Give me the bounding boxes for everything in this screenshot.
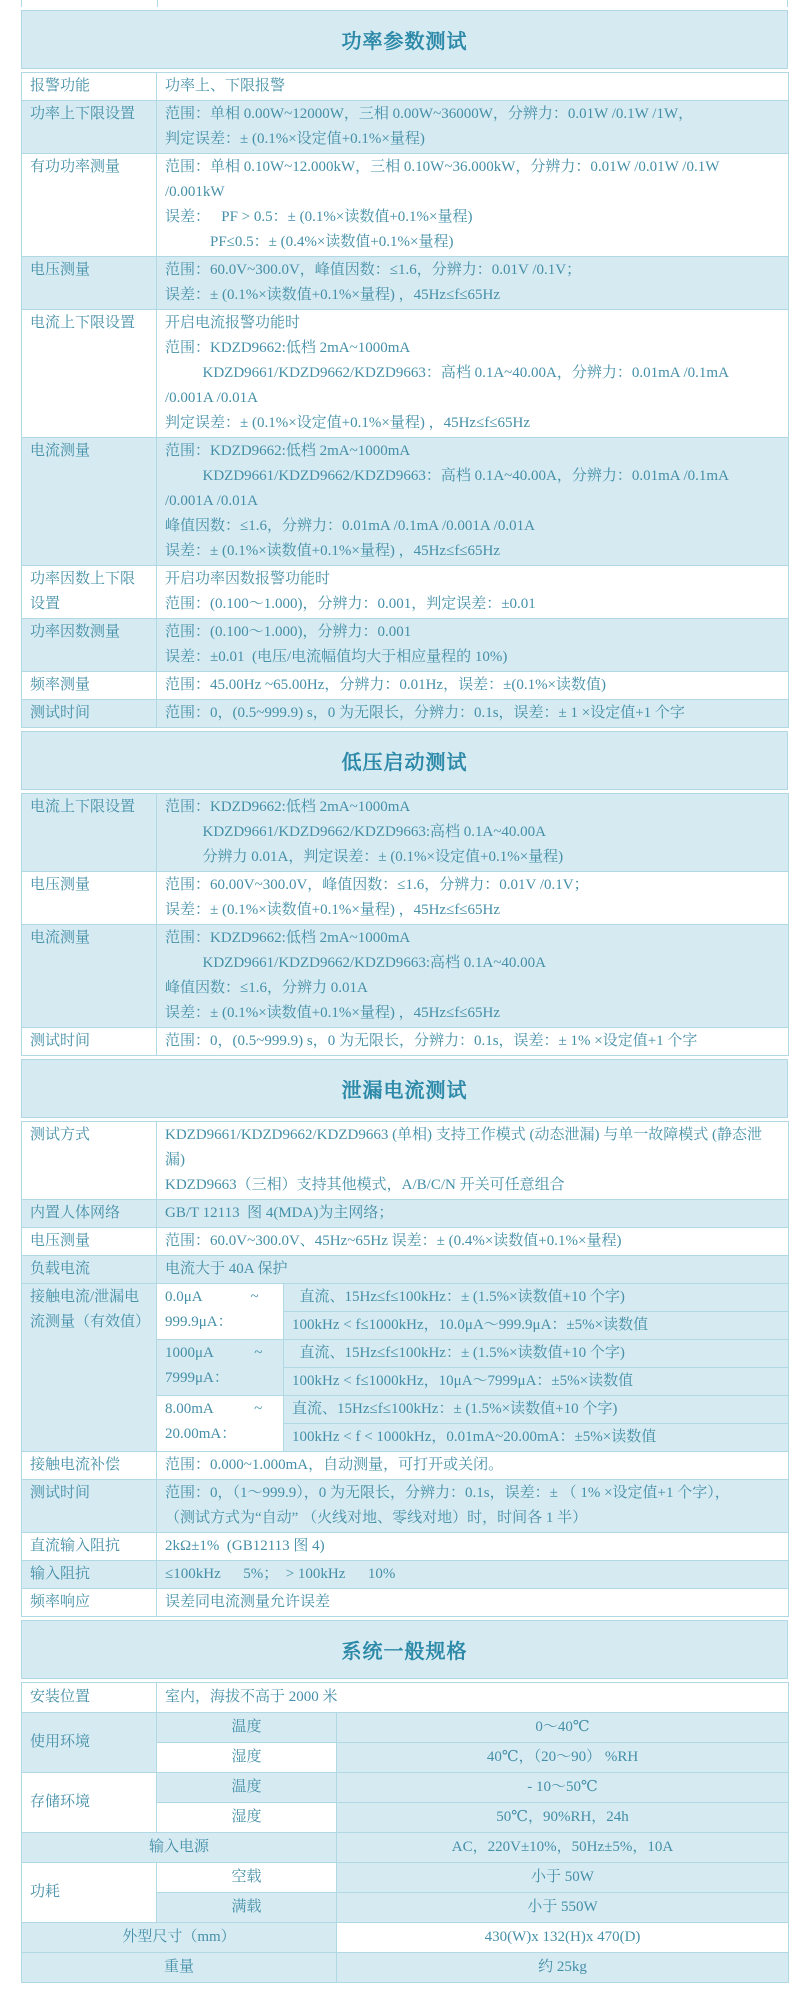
grid-cell: 小于 550W bbox=[337, 1893, 789, 1923]
row-value: 范围：(0.100～1.000)，分辨力：0.001 误差：±0.01 (电压/… bbox=[157, 619, 789, 672]
table-row: 存储环境温度- 10～50℃ bbox=[22, 1773, 789, 1803]
row-value: 范围：60.0V~300.0V，峰值因数：≤1.6，分辨力：0.01V /0.1… bbox=[157, 257, 789, 310]
range-cell: 8.00mA ~ 20.00mA： bbox=[157, 1396, 284, 1452]
table-row: 频率响应误差同电流测量允许误差 bbox=[22, 1589, 789, 1617]
entry-cell: 直流、15Hz≤f≤100kHz：± (1.5%×读数值+10 个字) bbox=[284, 1396, 789, 1424]
entry-cell: 100kHz < f < 1000kHz，0.01mA~20.00mA：±5%×… bbox=[284, 1424, 789, 1452]
table-row: 安装位置室内，海拔不高于 2000 米 bbox=[22, 1683, 789, 1713]
row-value: 范围：单相 0.00W~12000W，三相 0.00W~36000W，分辨力：0… bbox=[157, 101, 789, 154]
grid-cell: 约 25kg bbox=[337, 1953, 789, 1983]
row-value: 范围：0.000~1.000mA，自动测量，可打开或关闭。 bbox=[157, 1452, 789, 1480]
row-label: 电压测量 bbox=[22, 257, 157, 310]
entry-cell: 直流、15Hz≤f≤100kHz：± (1.5%×读数值+10 个字) bbox=[284, 1340, 789, 1368]
spec-document: 功率参数测试报警功能功率上、下限报警功率上下限设置范围：单相 0.00W~120… bbox=[21, 0, 788, 1983]
row-label: 接触电流补偿 bbox=[22, 1452, 157, 1480]
table-row: 有功功率测量范围：单相 0.10W~12.000kW，三相 0.10W~36.0… bbox=[22, 154, 789, 257]
table-row: 电流测量范围：KDZD9662:低档 2mA~1000mA KDZD9661/K… bbox=[22, 438, 789, 566]
row-value: 范围：0，(0.5~999.9) s，0 为无限长，分辨力：0.1s，误差：± … bbox=[157, 700, 789, 728]
grid-cell: 430(W)x 132(H)x 470(D) bbox=[337, 1923, 789, 1953]
grid-cell: - 10～50℃ bbox=[337, 1773, 789, 1803]
grid-cell: 温度 bbox=[157, 1713, 337, 1743]
row-value: 范围：0，（1～999.9），0 为无限长，分辨力：0.1s，误差：± （ 1%… bbox=[157, 1480, 789, 1533]
row-label: 测试方式 bbox=[22, 1122, 157, 1200]
row-label: 电流上下限设置 bbox=[22, 794, 157, 872]
row-label: 负载电流 bbox=[22, 1256, 157, 1284]
entry-cell: 直流、15Hz≤f≤100kHz：± (1.5%×读数值+10 个字) bbox=[284, 1284, 789, 1312]
table-row: 功率上下限设置范围：单相 0.00W~12000W，三相 0.00W~36000… bbox=[22, 101, 789, 154]
row-label: 报警功能 bbox=[22, 73, 157, 101]
table-row: 电流测量范围：KDZD9662:低档 2mA~1000mA KDZD9661/K… bbox=[22, 925, 789, 1028]
row-label: 电流测量 bbox=[22, 925, 157, 1028]
row-label: 功率因数上下限设置 bbox=[22, 566, 157, 619]
section-title: 泄漏电流测试 bbox=[21, 1059, 788, 1118]
grid-cell: 湿度 bbox=[157, 1743, 337, 1773]
table-row: 频率测量范围：45.00Hz ~65.00Hz，分辨力：0.01Hz，误差：±(… bbox=[22, 672, 789, 700]
grid-cell: 输入电源 bbox=[22, 1833, 337, 1863]
table-row: 直流输入阻抗2kΩ±1% (GB12113 图 4) bbox=[22, 1533, 789, 1561]
spec-table: 电流上下限设置范围：KDZD9662:低档 2mA~1000mA KDZD966… bbox=[21, 793, 789, 1056]
table-row: 内置人体网络GB/T 12113 图 4(MDA)为主网络； bbox=[22, 1200, 789, 1228]
section-title: 低压启动测试 bbox=[21, 731, 788, 790]
table-row: 电压测量范围：60.0V~300.0V，峰值因数：≤1.6，分辨力：0.01V … bbox=[22, 257, 789, 310]
row-value: 范围：KDZD9662:低档 2mA~1000mA KDZD9661/KDZD9… bbox=[157, 438, 789, 566]
table-row: 输入电源AC，220V±10%，50Hz±5%，10A bbox=[22, 1833, 789, 1863]
row-value: 2kΩ±1% (GB12113 图 4) bbox=[157, 1533, 789, 1561]
spec-table: 测试方式KDZD9661/KDZD9662/KDZD9663 (单相) 支持工作… bbox=[21, 1121, 789, 1617]
grid-cell: 室内，海拔不高于 2000 米 bbox=[157, 1683, 789, 1713]
cropped-previous-row bbox=[21, 0, 788, 7]
row-label: 接触电流/泄漏电流测量（有效值） bbox=[22, 1284, 157, 1452]
spec-table: 安装位置室内，海拔不高于 2000 米使用环境温度0～40℃湿度40℃，（20～… bbox=[21, 1682, 789, 1983]
row-label: 测试时间 bbox=[22, 1028, 157, 1056]
section-title: 功率参数测试 bbox=[21, 10, 788, 69]
grid-cell: 40℃，（20～90） %RH bbox=[337, 1743, 789, 1773]
range-cell: 1000μA ~ 7999μA： bbox=[157, 1340, 284, 1396]
table-row: 电流上下限设置开启电流报警功能时 范围：KDZD9662:低档 2mA~1000… bbox=[22, 310, 789, 438]
row-label: 电压测量 bbox=[22, 1228, 157, 1256]
table-row: 功率因数测量范围：(0.100～1.000)，分辨力：0.001 误差：±0.0… bbox=[22, 619, 789, 672]
range-cell: 0.0μA ~ 999.9μA： bbox=[157, 1284, 284, 1340]
row-label: 直流输入阻抗 bbox=[22, 1533, 157, 1561]
table-row: 电流上下限设置范围：KDZD9662:低档 2mA~1000mA KDZD966… bbox=[22, 794, 789, 872]
row-value: 范围：单相 0.10W~12.000kW，三相 0.10W~36.000kW，分… bbox=[157, 154, 789, 257]
table-row: 功率因数上下限设置开启功率因数报警功能时 范围：(0.100～1.000)，分辨… bbox=[22, 566, 789, 619]
table-row: 测试时间范围：0，(0.5~999.9) s，0 为无限长，分辨力：0.1s，误… bbox=[22, 1028, 789, 1056]
row-value: 范围：60.00V~300.0V，峰值因数：≤1.6，分辨力：0.01V /0.… bbox=[157, 872, 789, 925]
grid-cell: 0～40℃ bbox=[337, 1713, 789, 1743]
grid-cell: 空载 bbox=[157, 1863, 337, 1893]
row-value: 开启功率因数报警功能时 范围：(0.100～1.000)，分辨力：0.001，判… bbox=[157, 566, 789, 619]
row-value: ≤100kHz 5%； > 100kHz 10% bbox=[157, 1561, 789, 1589]
row-label: 功率因数测量 bbox=[22, 619, 157, 672]
table-row: 使用环境温度0～40℃ bbox=[22, 1713, 789, 1743]
table-row: 测试方式KDZD9661/KDZD9662/KDZD9663 (单相) 支持工作… bbox=[22, 1122, 789, 1200]
row-label: 测试时间 bbox=[22, 1480, 157, 1533]
table-row: 重量约 25kg bbox=[22, 1953, 789, 1983]
grid-cell: 存储环境 bbox=[22, 1773, 157, 1833]
entry-cell: 100kHz < f≤1000kHz，10.0μA～999.9μA：±5%×读数… bbox=[284, 1312, 789, 1340]
row-value: 范围：60.0V~300.0V、45Hz~65Hz 误差：± (0.4%×读数值… bbox=[157, 1228, 789, 1256]
row-label: 内置人体网络 bbox=[22, 1200, 157, 1228]
row-label: 频率测量 bbox=[22, 672, 157, 700]
row-label: 测试时间 bbox=[22, 700, 157, 728]
table-row: 接触电流补偿范围：0.000~1.000mA，自动测量，可打开或关闭。 bbox=[22, 1452, 789, 1480]
grid-cell: 使用环境 bbox=[22, 1713, 157, 1773]
grid-cell: 温度 bbox=[157, 1773, 337, 1803]
row-value: 范围：KDZD9662:低档 2mA~1000mA KDZD9661/KDZD9… bbox=[157, 794, 789, 872]
grid-cell: 功耗 bbox=[22, 1863, 157, 1923]
table-row: 负载电流电流大于 40A 保护 bbox=[22, 1256, 789, 1284]
grid-cell: AC，220V±10%，50Hz±5%，10A bbox=[337, 1833, 789, 1863]
row-label: 功率上下限设置 bbox=[22, 101, 157, 154]
table-row: 输入阻抗≤100kHz 5%； > 100kHz 10% bbox=[22, 1561, 789, 1589]
table-row: 测试时间范围：0，(0.5~999.9) s，0 为无限长，分辨力：0.1s，误… bbox=[22, 700, 789, 728]
table-row: 外型尺寸（mm）430(W)x 132(H)x 470(D) bbox=[22, 1923, 789, 1953]
row-value: KDZD9661/KDZD9662/KDZD9663 (单相) 支持工作模式 (… bbox=[157, 1122, 789, 1200]
row-value: 范围：45.00Hz ~65.00Hz，分辨力：0.01Hz，误差：±(0.1%… bbox=[157, 672, 789, 700]
table-row: 测试时间范围：0，（1～999.9），0 为无限长，分辨力：0.1s，误差：± … bbox=[22, 1480, 789, 1533]
grid-cell: 重量 bbox=[22, 1953, 337, 1983]
table-row: 功耗空载小于 50W bbox=[22, 1863, 789, 1893]
row-value: GB/T 12113 图 4(MDA)为主网络； bbox=[157, 1200, 789, 1228]
table-row: 报警功能功率上、下限报警 bbox=[22, 73, 789, 101]
entry-cell: 100kHz < f≤1000kHz，10μA～7999μA：±5%×读数值 bbox=[284, 1368, 789, 1396]
row-value: 范围：0，(0.5~999.9) s，0 为无限长，分辨力：0.1s，误差：± … bbox=[157, 1028, 789, 1056]
row-value: 范围：KDZD9662:低档 2mA~1000mA KDZD9661/KDZD9… bbox=[157, 925, 789, 1028]
grid-cell: 小于 50W bbox=[337, 1863, 789, 1893]
row-label: 频率响应 bbox=[22, 1589, 157, 1617]
table-row: 接触电流/泄漏电流测量（有效值）0.0μA ~ 999.9μA： 直流、15Hz… bbox=[22, 1284, 789, 1312]
row-value: 电流大于 40A 保护 bbox=[157, 1256, 789, 1284]
table-row: 电压测量范围：60.00V~300.0V，峰值因数：≤1.6，分辨力：0.01V… bbox=[22, 872, 789, 925]
row-label: 电压测量 bbox=[22, 872, 157, 925]
grid-cell: 外型尺寸（mm） bbox=[22, 1923, 337, 1953]
column-divider bbox=[157, 0, 158, 7]
grid-cell: 湿度 bbox=[157, 1803, 337, 1833]
row-value: 误差同电流测量允许误差 bbox=[157, 1589, 789, 1617]
section-title: 系统一般规格 bbox=[21, 1620, 788, 1679]
table-row: 电压测量范围：60.0V~300.0V、45Hz~65Hz 误差：± (0.4%… bbox=[22, 1228, 789, 1256]
row-label: 输入阻抗 bbox=[22, 1561, 157, 1589]
grid-cell: 50℃，90%RH，24h bbox=[337, 1803, 789, 1833]
grid-cell: 安装位置 bbox=[22, 1683, 157, 1713]
row-value: 开启电流报警功能时 范围：KDZD9662:低档 2mA~1000mA KDZD… bbox=[157, 310, 789, 438]
grid-cell: 满载 bbox=[157, 1893, 337, 1923]
row-value: 功率上、下限报警 bbox=[157, 73, 789, 101]
spec-table: 报警功能功率上、下限报警功率上下限设置范围：单相 0.00W~12000W，三相… bbox=[21, 72, 789, 728]
row-label: 电流上下限设置 bbox=[22, 310, 157, 438]
row-label: 有功功率测量 bbox=[22, 154, 157, 257]
row-label: 电流测量 bbox=[22, 438, 157, 566]
